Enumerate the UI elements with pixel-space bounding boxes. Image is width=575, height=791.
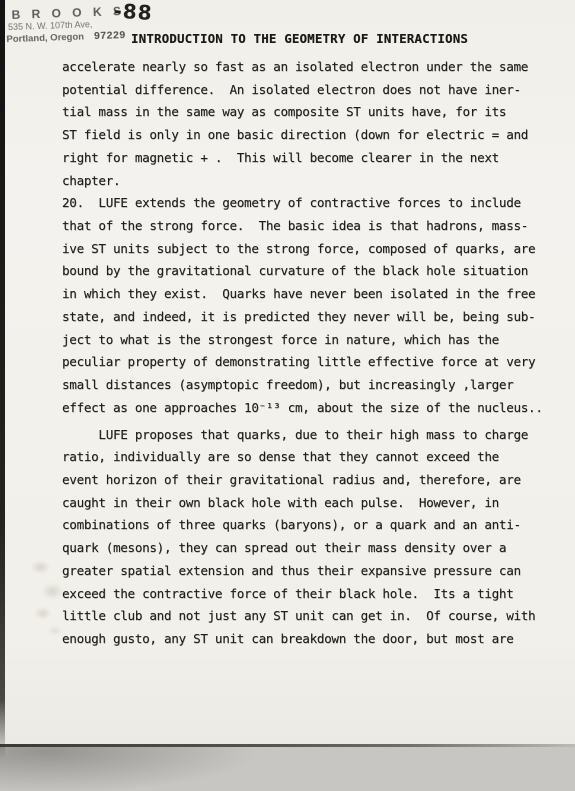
text-line: that of the strong force. The basic idea… — [62, 215, 562, 238]
stamp-zip: 97229 — [94, 29, 126, 42]
text-line: right for magnetic + . This will become … — [62, 147, 562, 170]
text-line: quark (mesons), they can spread out thei… — [62, 537, 562, 560]
text-line: state, and indeed, it is predicted they … — [62, 306, 562, 329]
text-line: enough gusto, any ST unit can breakdown … — [62, 628, 562, 651]
text-line: 20. LUFE extends the geometry of contrac… — [62, 192, 562, 215]
text-line: exceed the contractive force of their bl… — [62, 583, 562, 606]
scanner-background-shadow — [0, 747, 575, 791]
text-line: ST field is only in one basic direction … — [62, 124, 562, 147]
stamp-city: Portland, Oregon — [6, 32, 84, 46]
text-line: event horizon of their gravitational rad… — [62, 469, 562, 492]
text-line: ratio, individually are so dense that th… — [62, 446, 562, 469]
text-line: bound by the gravitational curvature of … — [62, 260, 562, 283]
text-line: accelerate nearly so fast as an isolated… — [62, 56, 562, 79]
text-line: greater spatial extension and thus their… — [62, 560, 562, 583]
text-line: little club and not just any ST unit can… — [62, 605, 562, 628]
page-surface: B R O O K S -88 535 N. W. 107th Ave, Por… — [0, 0, 575, 746]
scanned-document: B R O O K S -88 535 N. W. 107th Ave, Por… — [0, 0, 575, 791]
text-line: peculiar property of demonstrating littl… — [62, 351, 562, 374]
scan-left-edge — [0, 0, 5, 760]
text-line: in which they exist. Quarks have never b… — [62, 283, 562, 306]
text-line: small distances (asymptopic freedom), bu… — [62, 374, 562, 397]
text-line: ive ST units subject to the strong force… — [62, 238, 562, 261]
text-line: chapter. — [62, 170, 562, 193]
ink-smudge — [26, 548, 74, 644]
text-line: combinations of three quarks (baryons), … — [62, 514, 562, 537]
text-line: potential difference. An isolated electr… — [62, 79, 562, 102]
text-line: tial mass in the same way as composite S… — [62, 101, 562, 124]
page-title: INTRODUCTION TO THE GEOMETRY OF INTERACT… — [131, 31, 468, 46]
text-line: caught in their own black hole with each… — [62, 492, 562, 515]
text-line: effect as one approaches 10⁻¹³ cm, about… — [62, 397, 562, 420]
text-line: ject to what is the strongest force in n… — [62, 329, 562, 352]
body-text: accelerate nearly so fast as an isolated… — [62, 56, 562, 651]
text-line: LUFE proposes that quarks, due to their … — [62, 424, 562, 447]
